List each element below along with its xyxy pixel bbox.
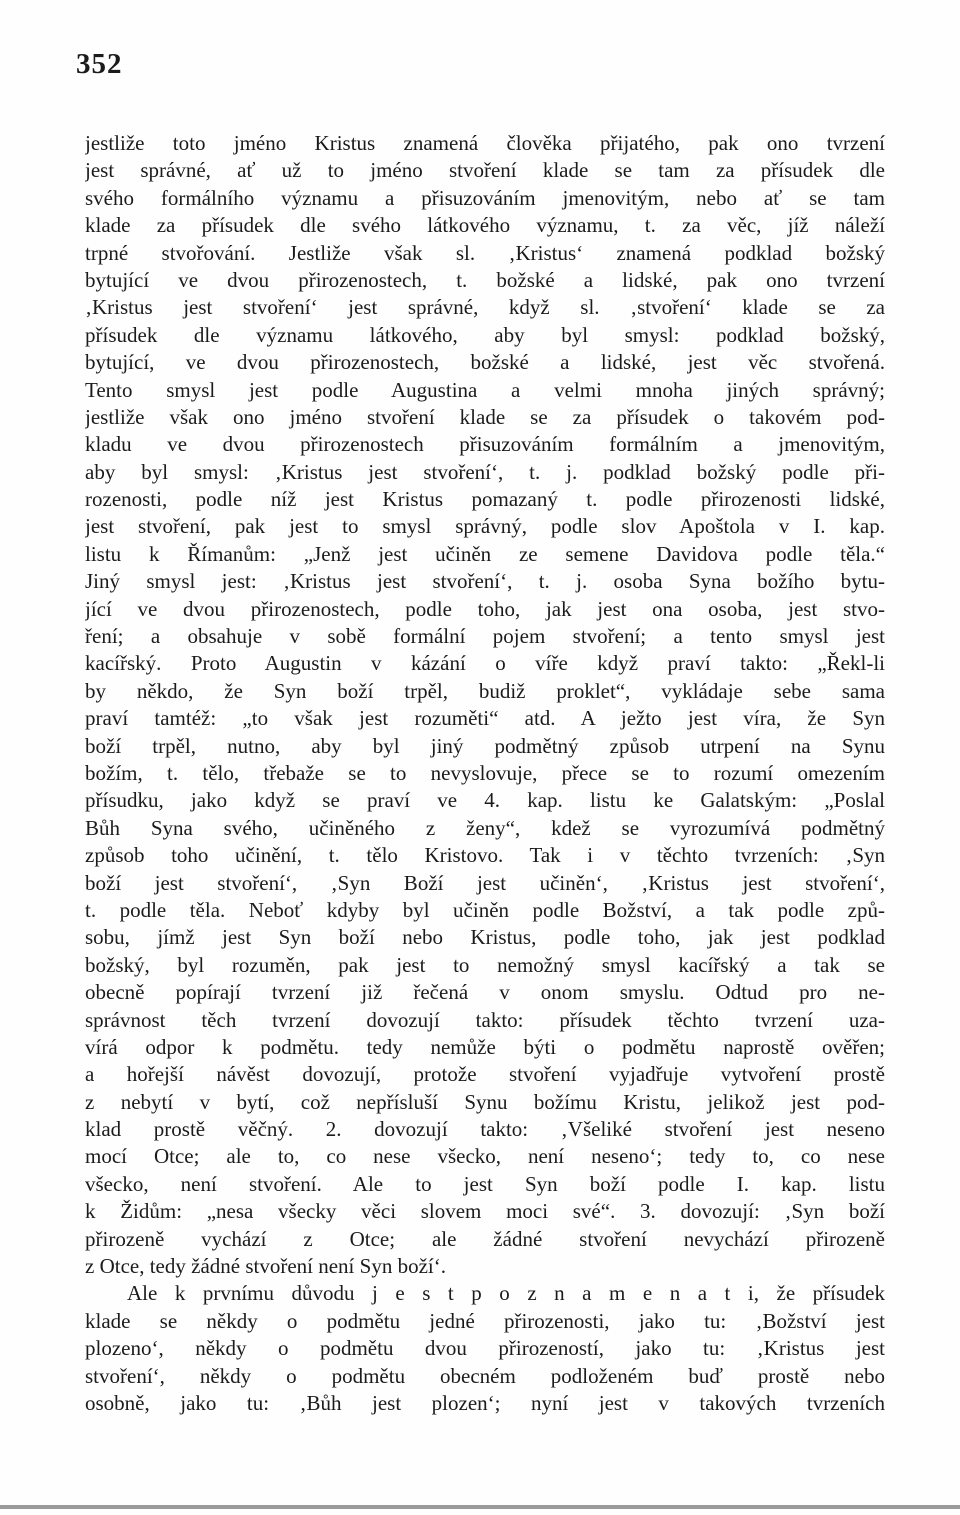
text-line: božím, t. tělo, třebaže se to nevyslovuj… <box>85 760 885 787</box>
text-line: vírá odpor k podmětu. tedy nemůže býti o… <box>85 1034 885 1061</box>
text-line: aby byl smysl: ‚Kristus jest stvoření‘, … <box>85 459 885 486</box>
text-line: jest stvoření, pak jest to smysl správný… <box>85 513 885 540</box>
text-block: jestliže toto jméno Kristus znamená člov… <box>85 130 885 1417</box>
text-line: ření; a obsahuje v sobě formální pojem s… <box>85 623 885 650</box>
text-line: Bůh Syna svého, učiněného z ženy“, kdež … <box>85 815 885 842</box>
text-line: boží trpěl, nutno, aby byl jiný podmětný… <box>85 733 885 760</box>
text-line: z nebytí v bytí, což nepřísluší Synu bož… <box>85 1089 885 1116</box>
text-line: Jiný smysl jest: ‚Kristus jest stvoření‘… <box>85 568 885 595</box>
text-line: Ale k prvnímu důvodu j e s t p o z n a m… <box>85 1280 885 1307</box>
text-line: ‚Kristus jest stvoření‘ jest správné, kd… <box>85 294 885 321</box>
text-line: jestliže však ono jméno stvoření klade s… <box>85 404 885 431</box>
text-line: sobu, jímž jest Syn boží nebo Kristus, p… <box>85 924 885 951</box>
text-line: jestliže toto jméno Kristus znamená člov… <box>85 130 885 157</box>
text-line: způsob toho učinění, t. tělo Kristovo. T… <box>85 842 885 869</box>
text-line: osobně, jako tu: ‚Bůh jest plozen‘; nyní… <box>85 1390 885 1417</box>
text-line: bytující, ve dvou přirozenostech, božské… <box>85 349 885 376</box>
text-line: správnost těch tvrzení dovozují takto: p… <box>85 1007 885 1034</box>
text-line: rozenosti, podle níž jest Kristus pomaza… <box>85 486 885 513</box>
text-line: kacířský. Proto Augustin v kázání o víře… <box>85 650 885 677</box>
text-line: všecko, není stvoření. Ale to jest Syn b… <box>85 1171 885 1198</box>
text-line: listu k Římanům: „Jenž jest učiněn ze se… <box>85 541 885 568</box>
text-line: obecně popírají tvrzení již řečená v ono… <box>85 979 885 1006</box>
text-line: k Židům: „nesa všecky věci slovem moci s… <box>85 1198 885 1225</box>
scan-bottom-edge <box>0 1505 960 1509</box>
scanned-book-page: 352 jestliže toto jméno Kristus znamená … <box>0 0 960 1515</box>
text-line: přísudku, jako když se praví ve 4. kap. … <box>85 787 885 814</box>
text-line: a hořejší návěst dovozují, protože stvoř… <box>85 1061 885 1088</box>
text-line: svého formálního významu a přisuzováním … <box>85 185 885 212</box>
text-line: by někdo, že Syn boží trpěl, budiž prokl… <box>85 678 885 705</box>
text-line: božský, byl rozuměn, pak jest to nemožný… <box>85 952 885 979</box>
text-line: jest správné, ať už to jméno stvoření kl… <box>85 157 885 184</box>
text-line: t. podle těla. Neboť kdyby byl učiněn po… <box>85 897 885 924</box>
text-line: stvoření‘, někdy o podmětu obecném podlo… <box>85 1363 885 1390</box>
text-line: klade se někdy o podmětu jedné přirozeno… <box>85 1308 885 1335</box>
text-line: trpné stvořování. Jestliže však sl. ‚Kri… <box>85 240 885 267</box>
text-line: bytující ve dvou přirozenostech, t. božs… <box>85 267 885 294</box>
text-line: klade za přísudek dle svého látkového vý… <box>85 212 885 239</box>
text-line: Tento smysl jest podle Augustina a velmi… <box>85 377 885 404</box>
text-line: jící ve dvou přirozenostech, podle toho,… <box>85 596 885 623</box>
text-line: klad prostě věčný. 2. dovozují takto: ‚V… <box>85 1116 885 1143</box>
text-line: z Otce, tedy žádné stvoření není Syn bož… <box>85 1253 885 1280</box>
text-line: kladu ve dvou přirozenostech přisuzování… <box>85 431 885 458</box>
text-line: boží jest stvoření‘, ‚Syn Boží jest učin… <box>85 870 885 897</box>
text-line: plozeno‘, někdy o podmětu dvou přirozeno… <box>85 1335 885 1362</box>
text-line: praví tamtéž: „to však jest rozuměti“ at… <box>85 705 885 732</box>
text-line: přísudek dle významu látkového, aby byl … <box>85 322 885 349</box>
text-line: mocí Otce; ale to, co nese všecko, není … <box>85 1143 885 1170</box>
text-line: přirozeně vychází z Otce; ale žádné stvo… <box>85 1226 885 1253</box>
page-number: 352 <box>76 48 123 81</box>
